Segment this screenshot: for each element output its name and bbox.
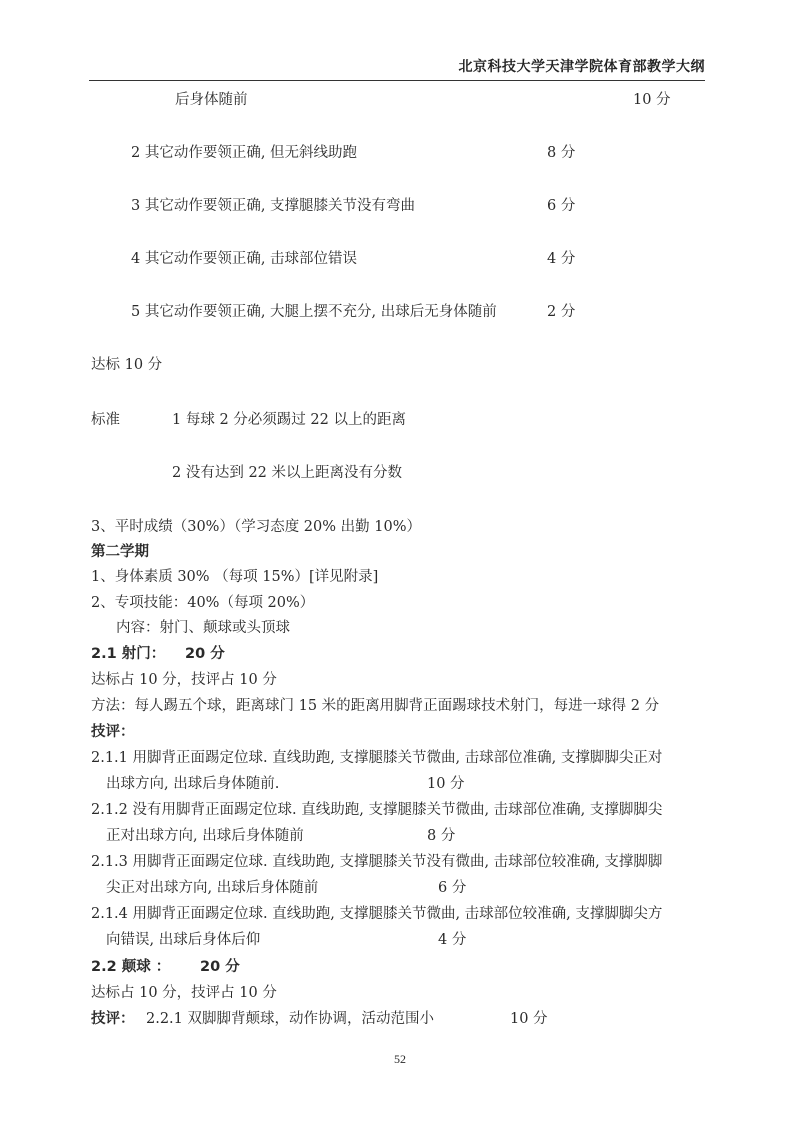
item1-continuation: 后身体随前: [175, 90, 248, 110]
juggling-split: 达标占 10 分，技评占 10 分: [91, 983, 277, 1003]
shooting-heading: 2.1 射门：: [91, 644, 165, 664]
shooting-eval-label: 技评：: [91, 722, 135, 742]
semester2-title: 第二学期: [91, 542, 149, 562]
criteria-item-5-score: 2 分: [547, 302, 575, 322]
criteria-item-2: 2 其它动作要领正确, 但无斜线助跑: [131, 143, 357, 163]
eval-2-1-3-score: 6 分: [438, 878, 466, 898]
eval-2-1-2-line2: 正对出球方向, 出球后身体随前: [106, 826, 304, 846]
standard-2: 2 没有达到 22 米以上距离没有分数: [172, 463, 402, 483]
eval-2-1-2-line1: 2.1.2 没有用脚背正面踢定位球. 直线助跑, 支撑腿膝关节微曲, 击球部位准…: [91, 800, 662, 820]
eval-2-1-1-score: 10 分: [427, 774, 465, 794]
standard-label: 标准: [91, 410, 120, 430]
criteria-item-4-score: 4 分: [547, 249, 575, 269]
eval-2-1-3-line2: 尖正对出球方向, 出球后身体随前: [106, 878, 318, 898]
eval-2-2-1: 2.2.1 双脚脚背颠球，动作协调，活动范围小: [146, 1009, 434, 1029]
standard-score: 达标 10 分: [91, 355, 162, 375]
criteria-item-2-score: 8 分: [547, 143, 575, 163]
eval-2-2-1-score: 10 分: [510, 1009, 548, 1029]
standard-1: 1 每球 2 分必须踢过 22 以上的距离: [172, 410, 406, 430]
juggling-heading: 2.2 颠球 ：: [91, 957, 170, 977]
header-divider: [89, 80, 705, 81]
criteria-item-5: 5 其它动作要领正确, 大腿上摆不充分, 出球后无身体随前: [131, 302, 497, 322]
eval-2-1-3-line1: 2.1.3 用脚背正面踢定位球. 直线助跑, 支撑腿膝关节没有微曲, 击球部位较…: [91, 852, 662, 872]
eval-2-1-4-score: 4 分: [438, 930, 466, 950]
special-skill-line: 2、专项技能：40%（每项 20%）: [91, 593, 314, 613]
juggling-eval-label: 技评：: [91, 1009, 135, 1029]
shooting-split: 达标占 10 分，技评占 10 分: [91, 670, 277, 690]
shooting-method: 方法：每人踢五个球，距离球门 15 米的距离用脚背正面踢球技术射门，每进一球得 …: [91, 696, 659, 716]
criteria-item-4: 4 其它动作要领正确, 击球部位错误: [131, 249, 357, 269]
eval-2-1-1-line1: 2.1.1 用脚背正面踢定位球. 直线助跑, 支撑腿膝关节微曲, 击球部位准确,…: [91, 748, 662, 768]
eval-2-1-2-score: 8 分: [427, 826, 455, 846]
criteria-item-3-score: 6 分: [547, 196, 575, 216]
item1-score: 10 分: [633, 90, 671, 110]
eval-2-1-4-line2: 向错误, 出球后身体后仰: [106, 930, 260, 950]
page-number: 52: [0, 1052, 800, 1067]
juggling-heading-score: 20 分: [200, 957, 240, 977]
eval-2-1-4-line1: 2.1.4 用脚背正面踢定位球. 直线助跑, 支撑腿膝关节微曲, 击球部位较准确…: [91, 904, 662, 924]
eval-2-1-1-line2: 出球方向, 出球后身体随前.: [106, 774, 279, 794]
document-page: 北京科技大学天津学院体育部教学大纲 后身体随前 10 分 2 其它动作要领正确,…: [0, 0, 800, 1131]
header-title: 北京科技大学天津学院体育部教学大纲: [459, 56, 706, 76]
shooting-heading-score: 20 分: [185, 644, 225, 664]
physical-fitness-line: 1、身体素质 30% （每项 15%）[详见附录]: [91, 567, 378, 587]
content-line: 内容：射门、颠球或头顶球: [116, 618, 290, 638]
usual-grade: 3、平时成绩（30%）（学习态度 20% 出勤 10%）: [91, 517, 421, 537]
criteria-item-3: 3 其它动作要领正确, 支撑腿膝关节没有弯曲: [131, 196, 415, 216]
